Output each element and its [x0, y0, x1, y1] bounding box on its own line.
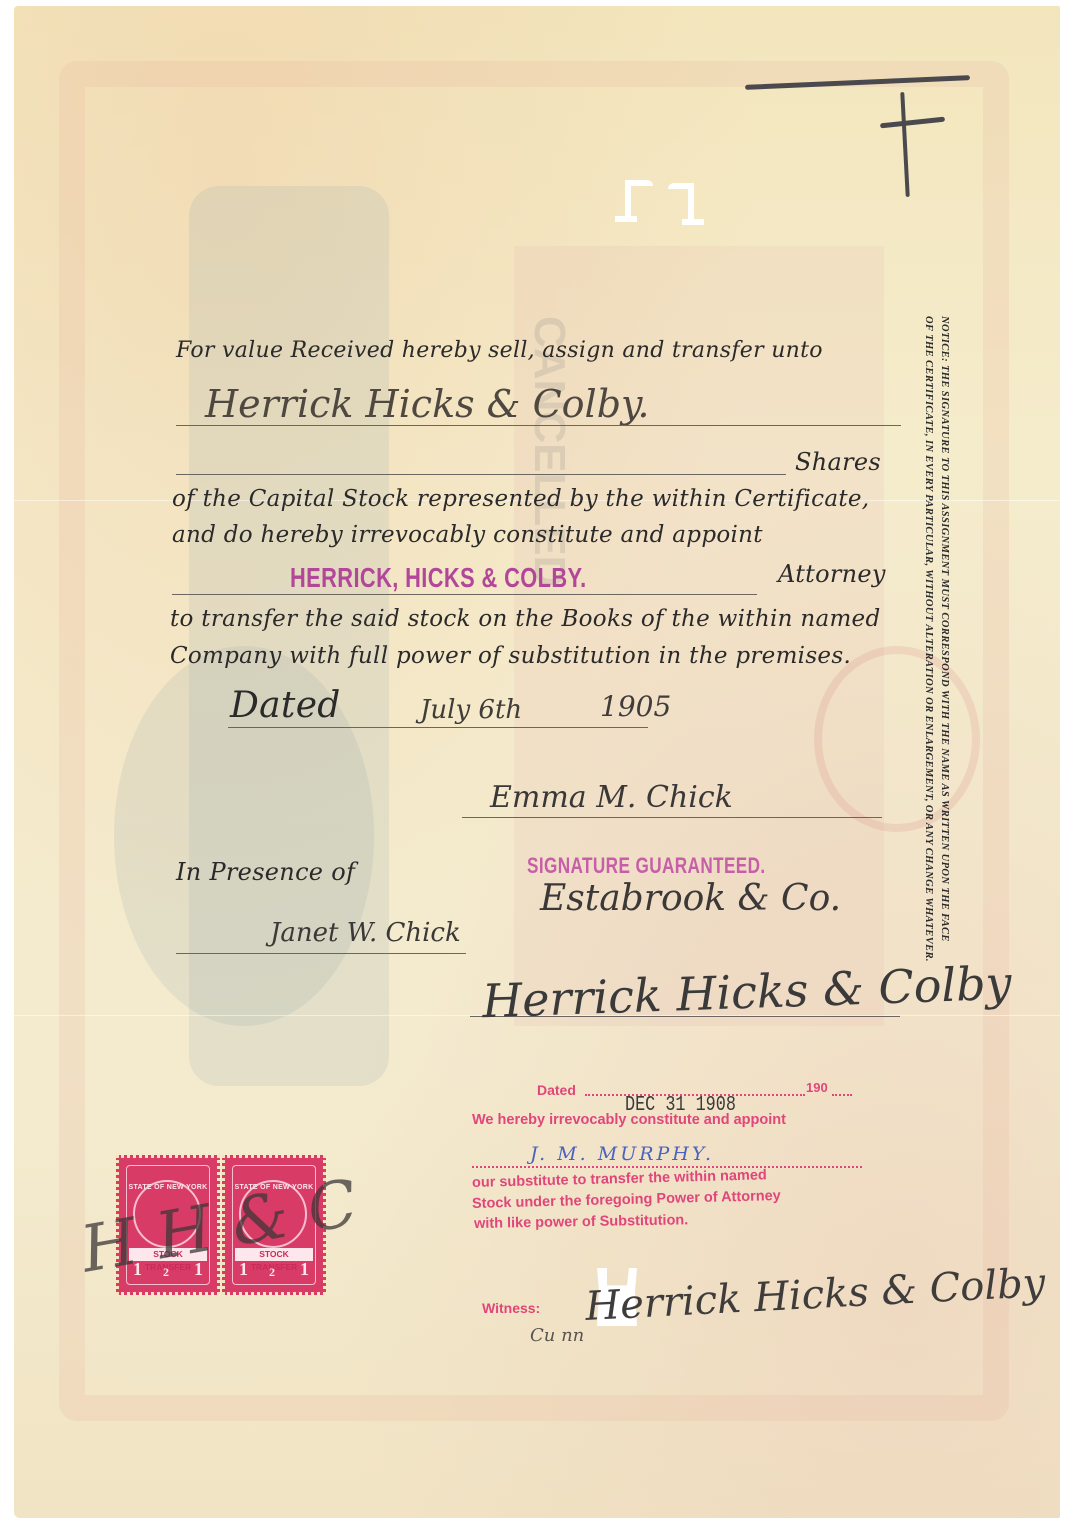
substitution-year-dots	[832, 1094, 852, 1096]
substitution-line-1: We hereby irrevocably constitute and app…	[472, 1112, 786, 1128]
assignment-line-2: of the Capital Stock represented by the …	[172, 486, 869, 512]
notice-margin-text: NOTICE: THE SIGNATURE TO THIS ASSIGNMENT…	[912, 316, 958, 976]
attorney-label: Attorney	[778, 560, 886, 588]
assignee-handwritten: Herrick Hicks & Colby.	[205, 382, 650, 426]
witness-line	[176, 953, 466, 954]
tax-stamp-value: 1	[239, 1259, 248, 1280]
witness-signature: Janet W. Chick	[270, 918, 461, 948]
dated-handwritten-year: 1905	[600, 690, 671, 723]
in-presence-label: In Presence of	[176, 858, 355, 886]
assignment-line-1: For value Received hereby sell, assign a…	[176, 338, 823, 363]
witness-label: Witness:	[482, 1300, 540, 1316]
assignment-line-4: to transfer the said stock on the Books …	[170, 606, 881, 632]
substitution-dated-label: Dated	[537, 1082, 576, 1098]
substitute-line	[472, 1166, 862, 1168]
punch-hole	[668, 183, 694, 189]
owner-signature-line	[462, 817, 882, 818]
shares-label: Shares	[795, 448, 881, 476]
tax-stamp-value: 2	[269, 1265, 275, 1280]
substitution-year-prefix: 190	[806, 1080, 828, 1095]
assignment-line-5: Company with full power of substitution …	[170, 643, 851, 669]
punch-hole	[625, 180, 653, 186]
punch-hole	[682, 219, 704, 225]
attorney-stamp: HERRICK, HICKS & COLBY.	[290, 562, 587, 594]
punch-hole	[615, 216, 637, 222]
dated-label: Dated	[230, 685, 341, 726]
owner-signature: Emma M. Chick	[490, 780, 733, 815]
tax-stamp-header: STATE OF NEW YORK	[119, 1184, 217, 1191]
assignment-line-3: and do hereby irrevocably constitute and…	[172, 522, 763, 548]
signature-guaranteed-stamp: SIGNATURE GUARANTEED.	[527, 853, 766, 879]
attorney-line	[172, 594, 757, 595]
tax-stamp-value: 1	[300, 1259, 309, 1280]
notice-line-2: OF THE CERTIFICATE, IN EVERY PARTICULAR,…	[923, 316, 934, 962]
witness-initials: Cu nn	[530, 1325, 584, 1346]
shares-line	[176, 474, 786, 475]
notice-line-1: NOTICE: THE SIGNATURE TO THIS ASSIGNMENT…	[939, 316, 950, 942]
assignee-line	[176, 425, 901, 426]
dated-handwritten-day: July 6th	[420, 695, 522, 725]
dated-line	[228, 727, 648, 728]
guarantor-signature: Estabrook & Co.	[540, 878, 841, 919]
substitute-name-stamp: J. M. MURPHY.	[530, 1143, 714, 1165]
